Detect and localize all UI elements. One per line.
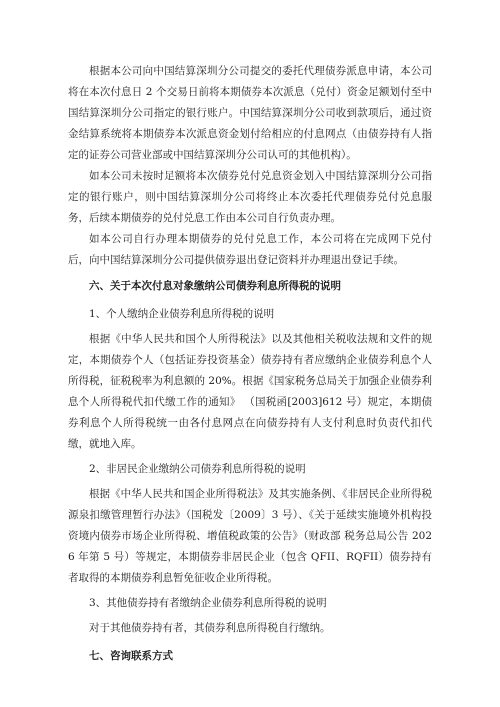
document-page: 根据本公司向中国结算深圳分公司提交的委托代理债券派息申请，本公司将在本次付息日 … — [0, 0, 500, 707]
subsection-title-nonresident-tax: 2、非居民企业缴纳公司债券利息所得税的说明 — [68, 459, 432, 480]
subsection-title-individual-tax: 1、个人缴纳企业债券利息所得税的说明 — [68, 304, 432, 325]
section-heading-tax: 六、关于本次付息对象缴纳公司债券利息所得税的说明 — [68, 276, 432, 297]
section-heading-contact: 七、咨询联系方式 — [68, 646, 432, 667]
settlement-paragraph-1: 根据本公司向中国结算深圳分公司提交的委托代理债券派息申请，本公司将在本次付息日 … — [68, 61, 432, 166]
subsection-body-nonresident-tax: 根据《中华人民共和国企业所得税法》及其实施条例、《非居民企业所得税源泉扣缴管理暂… — [68, 484, 432, 589]
settlement-paragraph-3: 如本公司自行办理本期债券的兑付兑息工作，本公司将在完成网下兑付后，向中国结算深圳… — [68, 229, 432, 271]
subsection-title-other-holders-tax: 3、其他债券持有者缴纳企业债券利息所得税的说明 — [68, 593, 432, 614]
settlement-paragraph-2: 如本公司未按时足额将本次债券兑付兑息资金划入中国结算深圳分公司指定的银行账户，则… — [68, 166, 432, 229]
subsection-body-other-holders-tax: 对于其他债券持有者，其债券利息所得税自行缴纳。 — [68, 618, 432, 639]
subsection-body-individual-tax: 根据《中华人民共和国个人所得税法》以及其他相关税收法规和文件的规定，本期债券个人… — [68, 329, 432, 455]
